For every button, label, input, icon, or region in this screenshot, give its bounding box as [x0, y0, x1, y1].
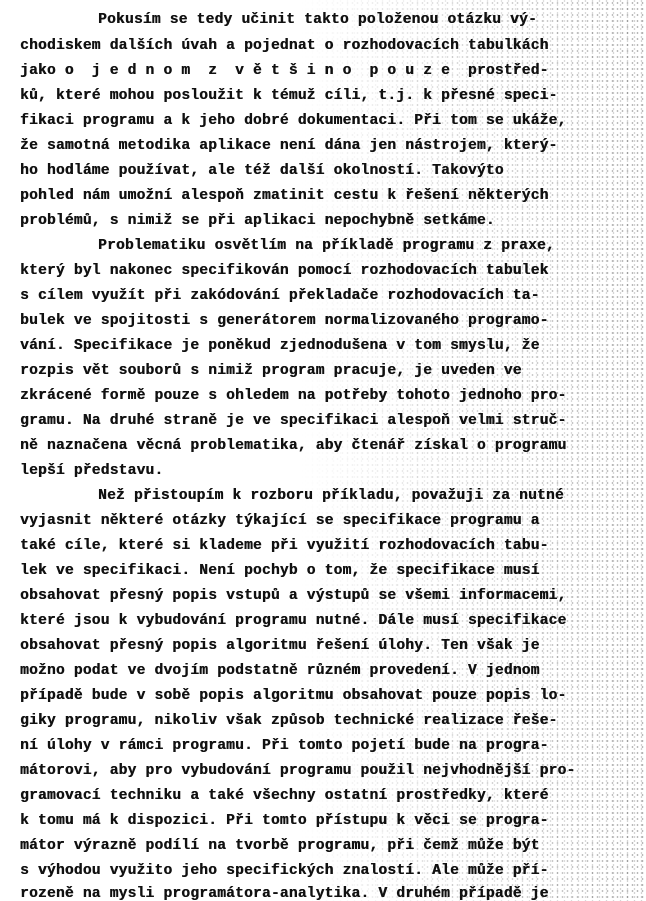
text-line: Než přistoupím k rozboru příkladu, považ…: [98, 488, 564, 504]
text-line: problémů, s nimiž se při aplikaci nepoch…: [20, 213, 495, 229]
text-line: gramu. Na druhé straně je ve specifikaci…: [20, 413, 566, 429]
text-line: obsahovat přesný popis vstupů a výstupů …: [20, 588, 566, 604]
text-line: které jsou k vybudování programu nutné. …: [20, 613, 566, 629]
text-line: ho hodláme používat, ale též další okoln…: [20, 163, 504, 179]
text-line: gramovací techniku a také všechny ostatn…: [20, 788, 549, 804]
text-line: zkrácené formě pouze s ohledem na potřeb…: [20, 388, 566, 404]
text-line: lek ve specifikaci. Není pochyb o tom, ž…: [20, 563, 540, 579]
text-line: rozpis vět souborů s nimiž program pracu…: [20, 363, 522, 379]
text-line: případě bude v sobě popis algoritmu obsa…: [20, 688, 566, 704]
text-line: bulek ve spojitosti s generátorem normal…: [20, 313, 549, 329]
text-line: jako o j e d n o m z v ě t š i n o p o u…: [20, 63, 549, 79]
text-line: že samotná metodika aplikace není dána j…: [20, 138, 557, 154]
text-line: ků, které mohou posloužit k témuž cíli, …: [20, 88, 557, 104]
text-line: s výhodou využito jeho specifických znal…: [20, 863, 549, 879]
text-line: Problematiku osvětlím na příkladě progra…: [98, 238, 555, 254]
text-line: Pokusím se tedy učinit takto položenou o…: [98, 12, 537, 28]
text-line: také cíle, které si klademe při využití …: [20, 538, 549, 554]
text-line: vání. Specifikace je poněkud zjednodušen…: [20, 338, 540, 354]
text-line: který byl nakonec specifikován pomocí ro…: [20, 263, 549, 279]
text-line: ně naznačena věcná problematika, aby čte…: [20, 438, 566, 454]
text-line: giky programu, nikoliv však způsob techn…: [20, 713, 557, 729]
text-line: mátor výrazně podílí na tvorbě programu,…: [20, 838, 540, 854]
text-line: ní úlohy v rámci programu. Při tomto poj…: [20, 738, 549, 754]
scanned-document-page: Pokusím se tedy učinit takto položenou o…: [0, 0, 646, 901]
text-line: fikaci programu a k jeho dobré dokumenta…: [20, 113, 566, 129]
text-line: k tomu má k dispozici. Při tomto přístup…: [20, 813, 549, 829]
text-line: pohled nám umožní alespoň zmatinit cestu…: [20, 188, 549, 204]
text-line: s cílem využít při zakódování překladače…: [20, 288, 540, 304]
text-line: možno podat ve dvojím podstatně různém p…: [20, 663, 540, 679]
text-line: rozeně na mysli programátora-analytika. …: [20, 886, 549, 901]
text-line: chodiskem dalších úvah a pojednat o rozh…: [20, 38, 549, 54]
text-line: mátorovi, aby pro vybudování programu po…: [20, 763, 575, 779]
text-line: obsahovat přesný popis algoritmu řešení …: [20, 638, 540, 654]
text-line: vyjasnit některé otázky týkající se spec…: [20, 513, 540, 529]
text-line: lepší představu.: [20, 463, 163, 479]
